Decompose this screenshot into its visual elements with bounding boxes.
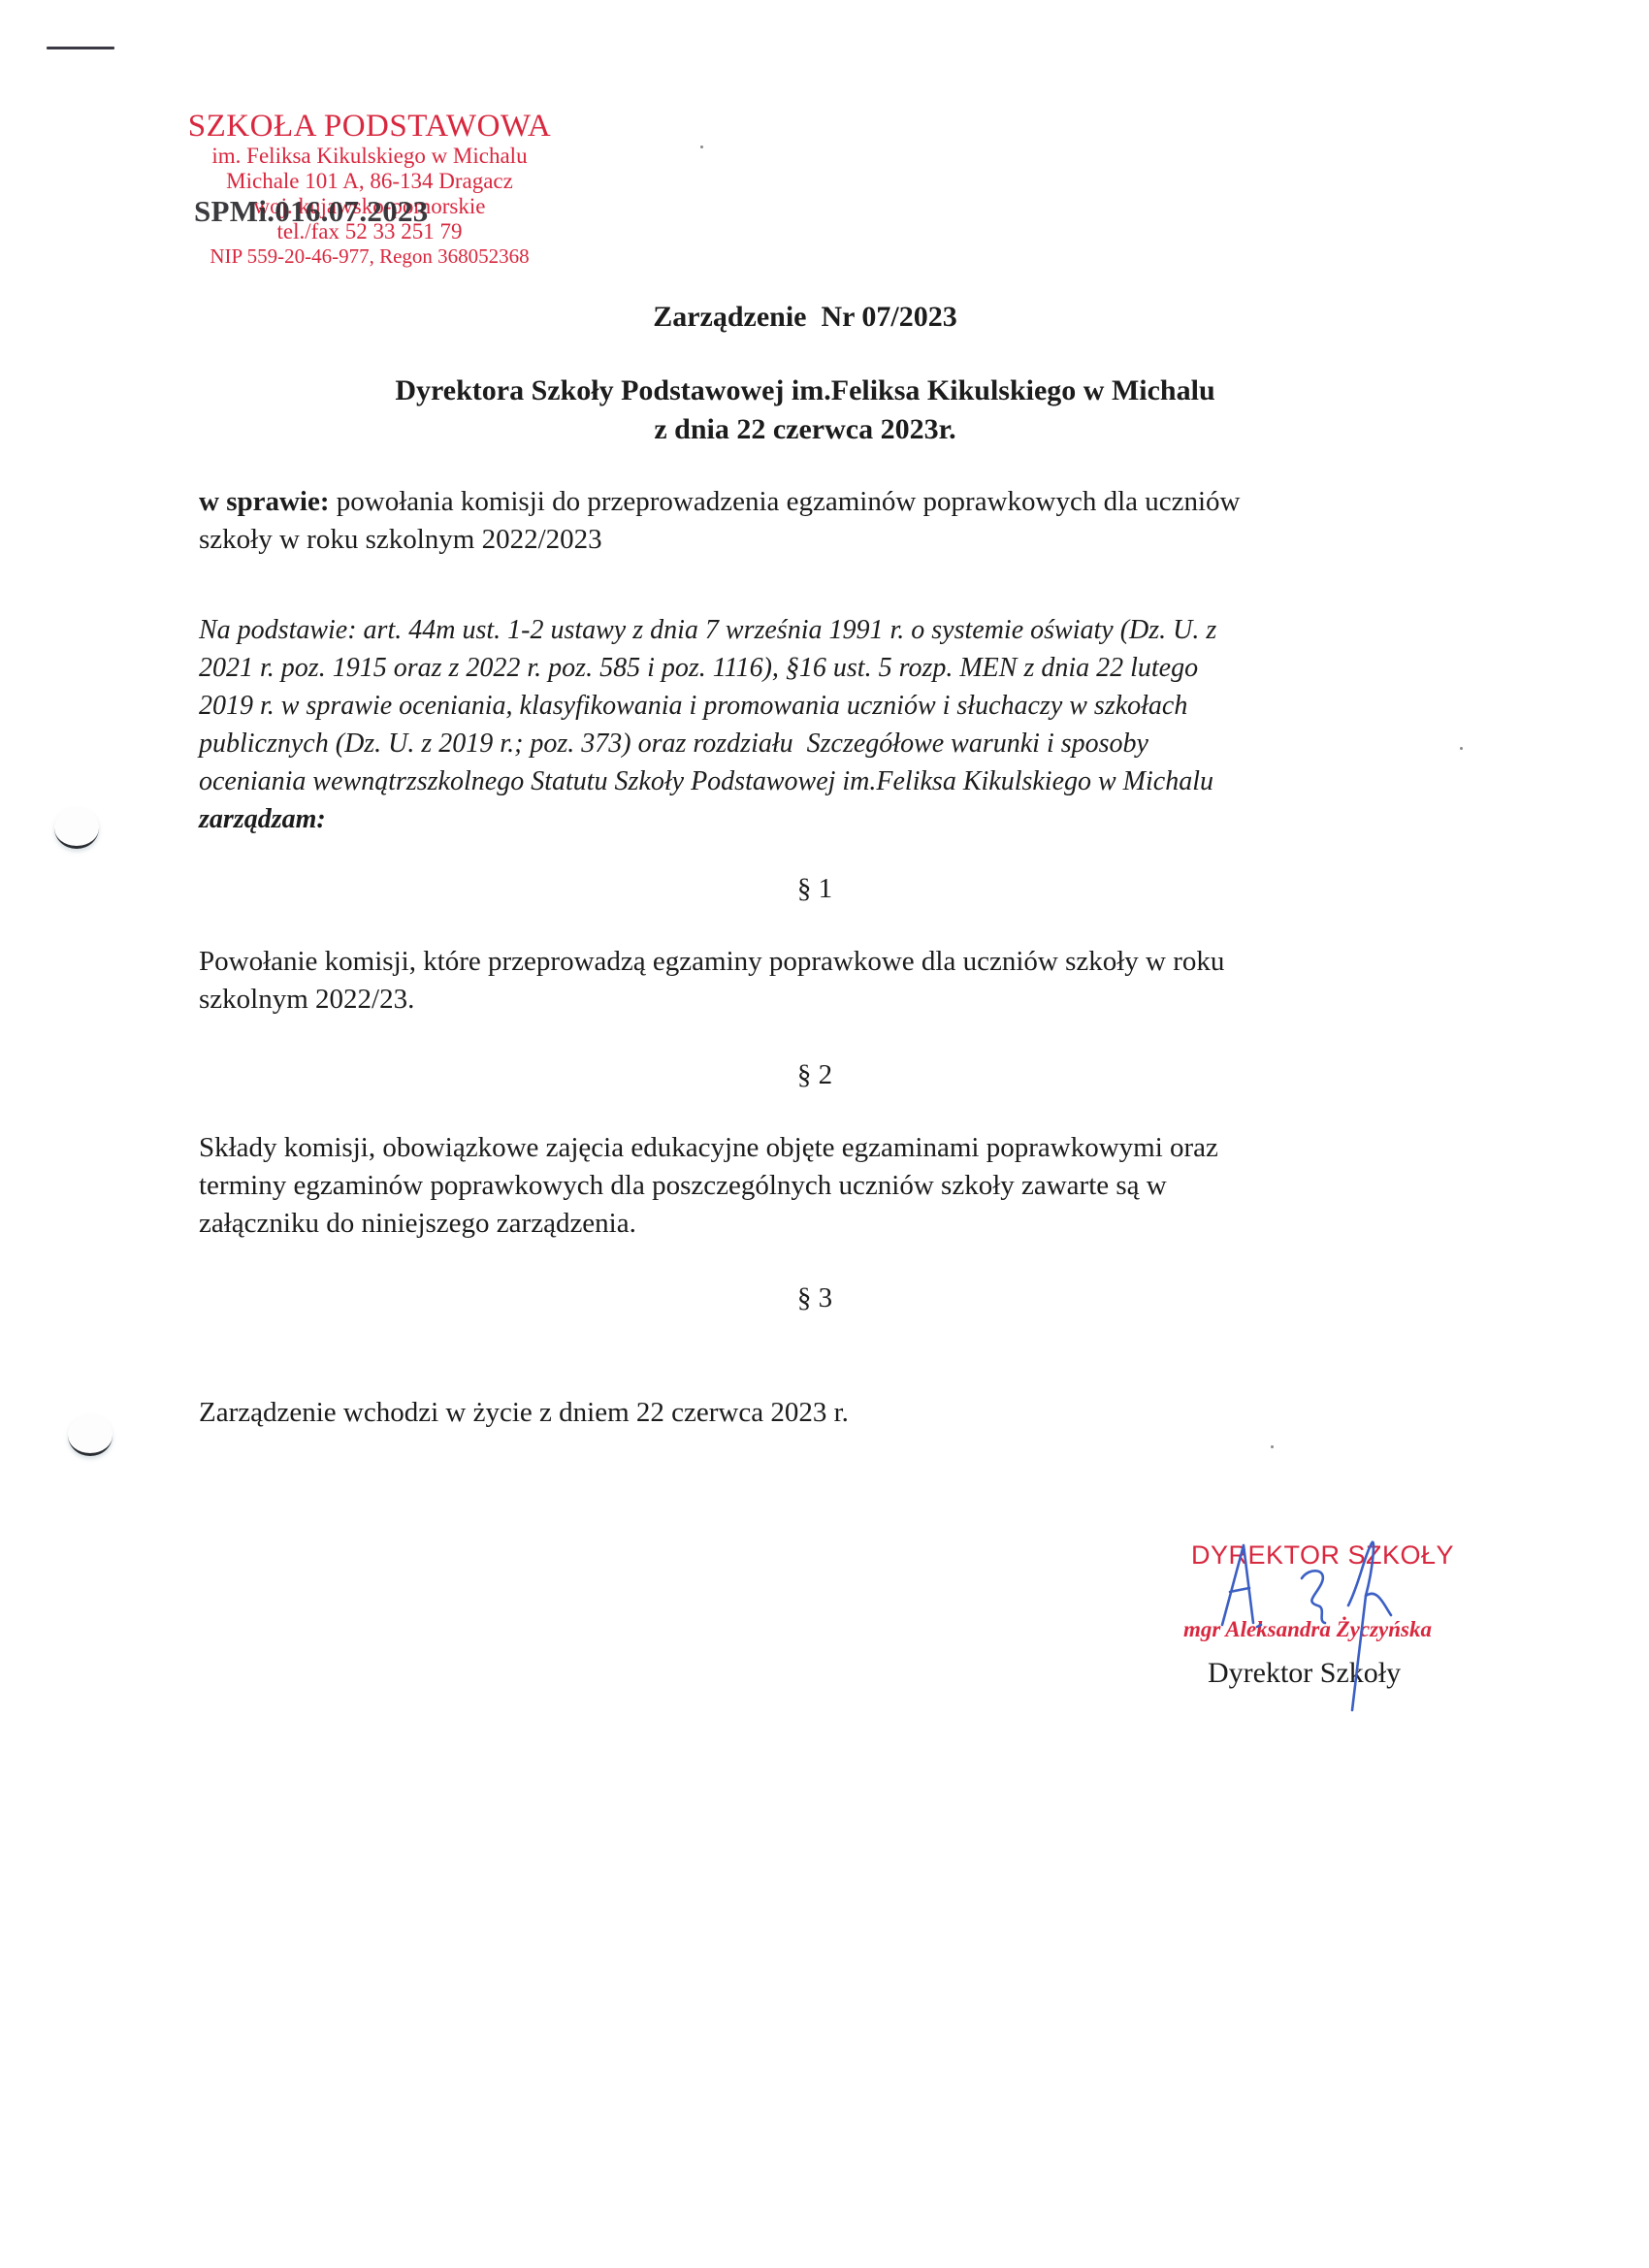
- section-mark-1: § 1: [0, 873, 1630, 905]
- legal-basis-line: 2019 r. w sprawie oceniania, klasyfikowa…: [199, 687, 1421, 725]
- stamp-address: Michale 101 A, 86-134 Dragacz: [171, 169, 568, 194]
- punch-hole-mark: [54, 807, 99, 849]
- legal-basis-line: publicznych (Dz. U. z 2019 r.; poz. 373)…: [199, 725, 1421, 762]
- legal-basis-paragraph: Na podstawie: art. 44m ust. 1-2 ustawy z…: [199, 611, 1421, 838]
- section-mark-3: § 3: [0, 1282, 1630, 1314]
- subject-paragraph: w sprawie: powołania komisji do przeprow…: [199, 483, 1421, 559]
- scan-edge-mark: [47, 47, 114, 49]
- section-line: Powołanie komisji, które przeprowadzą eg…: [199, 943, 1421, 981]
- document-issuer: Dyrektora Szkoły Podstawowej im.Feliksa …: [0, 374, 1610, 407]
- section-mark-2: § 2: [0, 1059, 1630, 1091]
- legal-basis-line: 2021 r. poz. 1915 oraz z 2022 r. poz. 58…: [199, 649, 1421, 687]
- subject-label: w sprawie:: [199, 486, 330, 517]
- section-line: Składy komisji, obowiązkowe zajęcia eduk…: [199, 1129, 1421, 1167]
- reference-number: SPMi.016.07.2023: [194, 194, 429, 229]
- dust-speck: [1460, 747, 1463, 750]
- punch-hole-mark: [68, 1414, 113, 1456]
- section-line: załączniku do niniejszego zarządzenia.: [199, 1205, 1421, 1243]
- section-2-paragraph: Składy komisji, obowiązkowe zajęcia eduk…: [199, 1129, 1421, 1243]
- subject-line: szkoły w roku szkolnym 2022/2023: [199, 521, 1421, 559]
- document-date: z dnia 22 czerwca 2023r.: [0, 413, 1610, 446]
- section-line: Zarządzenie wchodzi w życie z dniem 22 c…: [199, 1394, 1421, 1432]
- stamp-school-name: SZKOŁA PODSTAWOWA: [171, 109, 568, 144]
- stamp-patron: im. Feliksa Kikulskiego w Michalu: [171, 144, 568, 169]
- subject-line: w sprawie: powołania komisji do przeprow…: [199, 483, 1421, 521]
- legal-basis-closing: zarządzam:: [199, 800, 1421, 838]
- section-1-paragraph: Powołanie komisji, które przeprowadzą eg…: [199, 943, 1421, 1019]
- subject-text: powołania komisji do przeprowadzenia egz…: [330, 486, 1241, 517]
- section-line: szkolnym 2022/23.: [199, 981, 1421, 1019]
- legal-basis-line: oceniania wewnątrzszkolnego Statutu Szko…: [199, 762, 1421, 800]
- dust-speck: [1271, 1445, 1274, 1448]
- section-3-paragraph: Zarządzenie wchodzi w życie z dniem 22 c…: [199, 1394, 1421, 1432]
- legal-basis-line: Na podstawie: art. 44m ust. 1-2 ustawy z…: [199, 611, 1421, 649]
- section-line: terminy egzaminów poprawkowych dla poszc…: [199, 1167, 1421, 1205]
- school-stamp: SZKOŁA PODSTAWOWA im. Feliksa Kikulskieg…: [171, 109, 568, 269]
- stamp-tax-ids: NIP 559-20-46-977, Regon 368052368: [171, 244, 568, 269]
- dust-speck: [700, 146, 703, 148]
- handwritten-signature-icon: [1193, 1528, 1445, 1712]
- document-title: Zarządzenie Nr 07/2023: [0, 301, 1610, 334]
